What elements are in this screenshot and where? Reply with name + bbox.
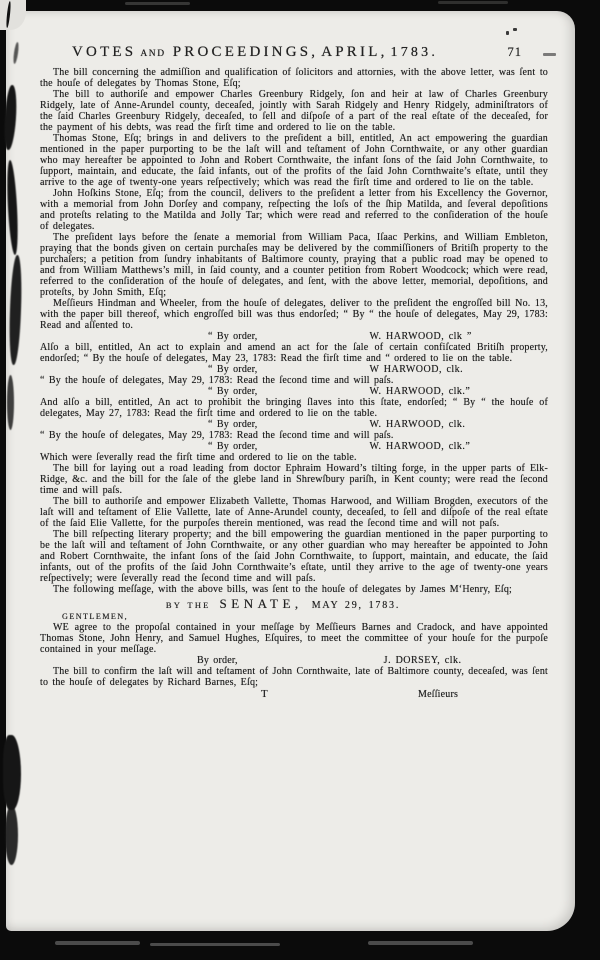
paragraph-bill-cornthwaite-guardian: Thomas Stone, Eſq; brings in and deliver… <box>40 133 548 188</box>
page-content: VOTES AND PROCEEDINGS, APRIL, 1783. 71 T… <box>40 11 548 702</box>
senate-heading: BY THE SENATE, MAY 29, 1783. <box>40 598 526 611</box>
attestation-harwood-1: “ By order, W. HARWOOD, clk ” <box>40 331 548 342</box>
scan-speck <box>543 53 556 56</box>
scan-smudge <box>5 805 18 865</box>
attestation-harwood-4: “ By order, W. HARWOOD, clk. <box>40 419 548 430</box>
by-order-label: “ By order, <box>208 441 258 452</box>
catchword: Meſſieurs <box>418 689 458 700</box>
gathering-signature-mark: T <box>261 689 268 700</box>
paragraph-message-mchenry: The following meſſage, with the above bi… <box>40 584 548 595</box>
clerk-signature: J. DORSEY, clk. <box>384 655 462 666</box>
attestation-dorsey: By order, J. DORSEY, clk. <box>40 655 548 666</box>
header-title-month: APRIL, <box>321 44 387 61</box>
scan-smudge <box>7 375 14 430</box>
paragraph-engrossed-bill-13: Meſſieurs Hindman and Wheeler, from the … <box>40 298 548 331</box>
clerk-signature: W. HARWOOD, clk.” <box>370 386 471 397</box>
scan-streak <box>125 2 190 5</box>
header-title-year: 1783. <box>391 45 439 61</box>
signature-line: T Meſſieurs <box>40 689 548 702</box>
paragraph-literary-property: The bill reſpecting literary property; a… <box>40 529 548 584</box>
clerk-signature: W. HARWOOD, clk.” <box>370 441 471 452</box>
endorsement-second-reading-2: “ By the houſe of delegates, May 29, 178… <box>40 430 548 441</box>
paragraph-bill-solicitors: The bill concerning the admiſſion and qu… <box>40 67 548 89</box>
senate-heading-word: SENATE, <box>220 598 303 609</box>
paragraph-letter-governor: John Hoſkins Stone, Eſq; from the counci… <box>40 188 548 232</box>
scan-streak <box>438 1 508 4</box>
by-order-label: “ By order, <box>208 364 258 375</box>
scanned-page: VOTES AND PROCEEDINGS, APRIL, 1783. 71 T… <box>6 11 575 931</box>
paragraph-bill-slaves: And alſo a bill, entitled, An act to pro… <box>40 397 548 419</box>
clerk-signature: W. HARWOOD, clk ” <box>370 331 472 342</box>
by-order-label: By order, <box>197 655 238 666</box>
document-body: The bill concerning the admiſſion and qu… <box>40 67 548 702</box>
scan-streak <box>150 943 280 946</box>
scan-smudge <box>3 735 21 810</box>
paragraph-memorial-paca: The preſident lays before the ſenate a m… <box>40 232 548 298</box>
attestation-harwood-2: “ By order, W HARWOOD, clk. <box>40 364 548 375</box>
by-order-label: “ By order, <box>208 386 258 397</box>
header-title-votes: VOTES <box>72 44 136 61</box>
paragraph-vallette-estate: The bill to authoriſe and empower Elizab… <box>40 496 548 529</box>
endorsement-second-reading-1: “ By the houſe of delegates, May 29, 178… <box>40 375 548 386</box>
scanned-document-page: { "colors": { "background": "#0b0b0b", "… <box>0 0 600 960</box>
paragraph-senate-message: WE agree to the propoſal contained in yo… <box>40 622 548 655</box>
scan-streak <box>55 941 140 945</box>
senate-heading-prefix: BY THE <box>166 600 211 611</box>
page-number: 71 <box>508 45 523 60</box>
scan-speck <box>513 28 517 31</box>
senate-heading-date: MAY 29, 1783. <box>312 600 400 611</box>
clerk-signature: W. HARWOOD, clk. <box>370 419 466 430</box>
paragraph-bill-ridgely: The bill to authoriſe and empower Charle… <box>40 89 548 133</box>
running-header: VOTES AND PROCEEDINGS, APRIL, 1783. 71 <box>40 44 548 61</box>
scan-speck <box>506 31 509 35</box>
clerk-signature: W HARWOOD, clk. <box>370 364 464 375</box>
scan-streak <box>368 941 473 945</box>
attestation-harwood-3: “ By order, W. HARWOOD, clk.” <box>40 386 548 397</box>
salutation-gentlemen: GENTLEMEN, <box>40 612 548 622</box>
paragraph-also-a-bill: Alſo a bill, entitled, An act to explain… <box>40 342 548 364</box>
scan-ink-mark <box>6 1 12 28</box>
by-order-label: “ By order, <box>208 331 258 342</box>
paragraph-severally-read: Which were ſeverally read the firſt time… <box>40 452 548 463</box>
paragraph-road-elk-ridge: The bill for laying out a road leading f… <box>40 463 548 496</box>
header-title-and: AND <box>140 49 165 59</box>
attestation-harwood-5: “ By order, W. HARWOOD, clk.” <box>40 441 548 452</box>
by-order-label: “ By order, <box>208 419 258 430</box>
paragraph-bill-confirm-cornthwaite: The bill to confirm the laſt will and te… <box>40 666 548 688</box>
header-title-proceedings: PROCEEDINGS, <box>173 44 319 61</box>
